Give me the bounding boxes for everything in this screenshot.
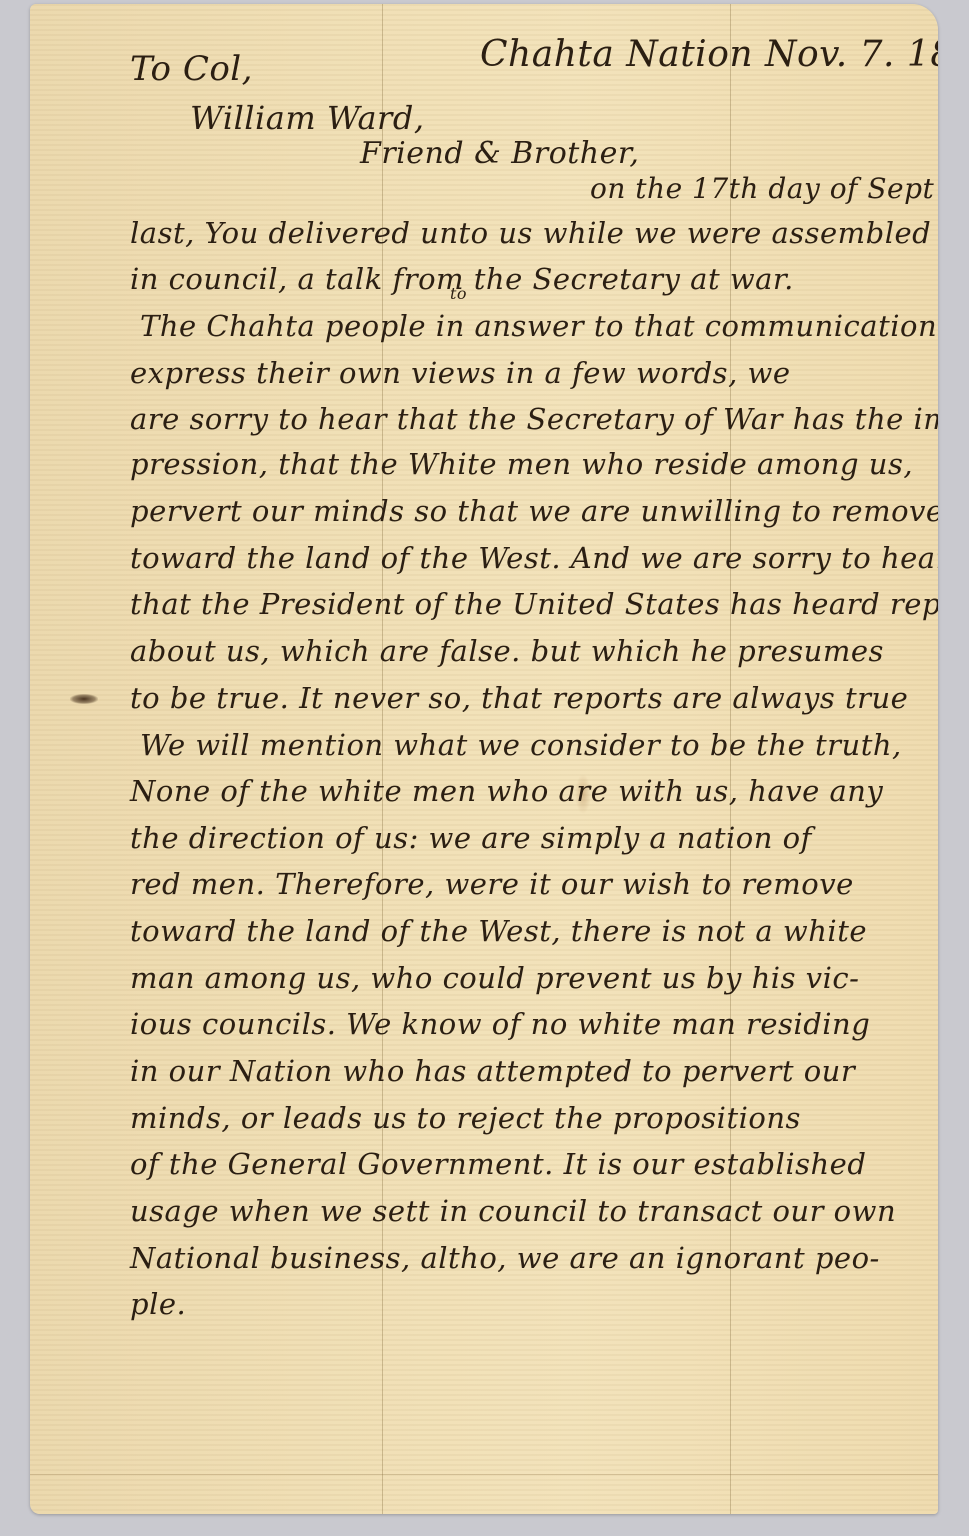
body-line-4: The Chahta people in answer to that comm… (140, 309, 937, 343)
body-line-16: red men. Therefore, were it our wish to … (130, 867, 854, 901)
body-line-17: toward the land of the West, there is no… (130, 914, 867, 948)
body-line-24: National business, altho, we are an igno… (130, 1241, 880, 1275)
ink-smudge (70, 694, 98, 704)
body-line-21: minds, or leads us to reject the proposi… (130, 1101, 801, 1135)
salutation-to: To Col, (130, 49, 253, 89)
body-line-12: to be true. It never so, that reports ar… (130, 681, 908, 715)
body-line-25: ple. (130, 1287, 186, 1321)
place-date: Chahta Nation Nov. 7. 1829 (480, 34, 938, 75)
body-line-9: toward the land of the West. And we are … (130, 541, 938, 575)
body-line-7: pression, that the White men who reside … (130, 447, 913, 481)
body-line-22: of the General Government. It is our est… (130, 1147, 866, 1181)
body-line-19: ious councils. We know of no white man r… (130, 1007, 870, 1041)
body-line-11: about us, which are false. but which he … (130, 634, 884, 668)
body-line-15: the direction of us: we are simply a nat… (130, 821, 812, 855)
body-line-14: None of the white men who are with us, h… (130, 774, 883, 808)
body-line-1: on the 17th day of Sept (590, 172, 934, 205)
body-line-13: We will mention what we consider to be t… (140, 728, 902, 762)
greeting: Friend & Brother, (360, 136, 639, 171)
body-line-20: in our Nation who has attempted to perve… (130, 1054, 855, 1088)
insertion-to: to (450, 284, 467, 303)
body-line-18: man among us, who could prevent us by hi… (130, 961, 859, 995)
body-line-2: last, You delivered unto us while we wer… (130, 216, 931, 250)
letter-page: To Col, Chahta Nation Nov. 7. 1829 Willi… (30, 4, 938, 1514)
body-line-8: pervert our minds so that we are unwilli… (130, 494, 938, 528)
fold-crease-bottom (30, 1474, 938, 1475)
body-line-10: that the President of the United States … (130, 587, 938, 621)
addressee: William Ward, (190, 99, 425, 137)
body-line-6: are sorry to hear that the Secretary of … (130, 402, 938, 436)
body-line-23: usage when we sett in council to transac… (130, 1194, 896, 1228)
body-line-5: express their own views in a few words, … (130, 356, 791, 390)
